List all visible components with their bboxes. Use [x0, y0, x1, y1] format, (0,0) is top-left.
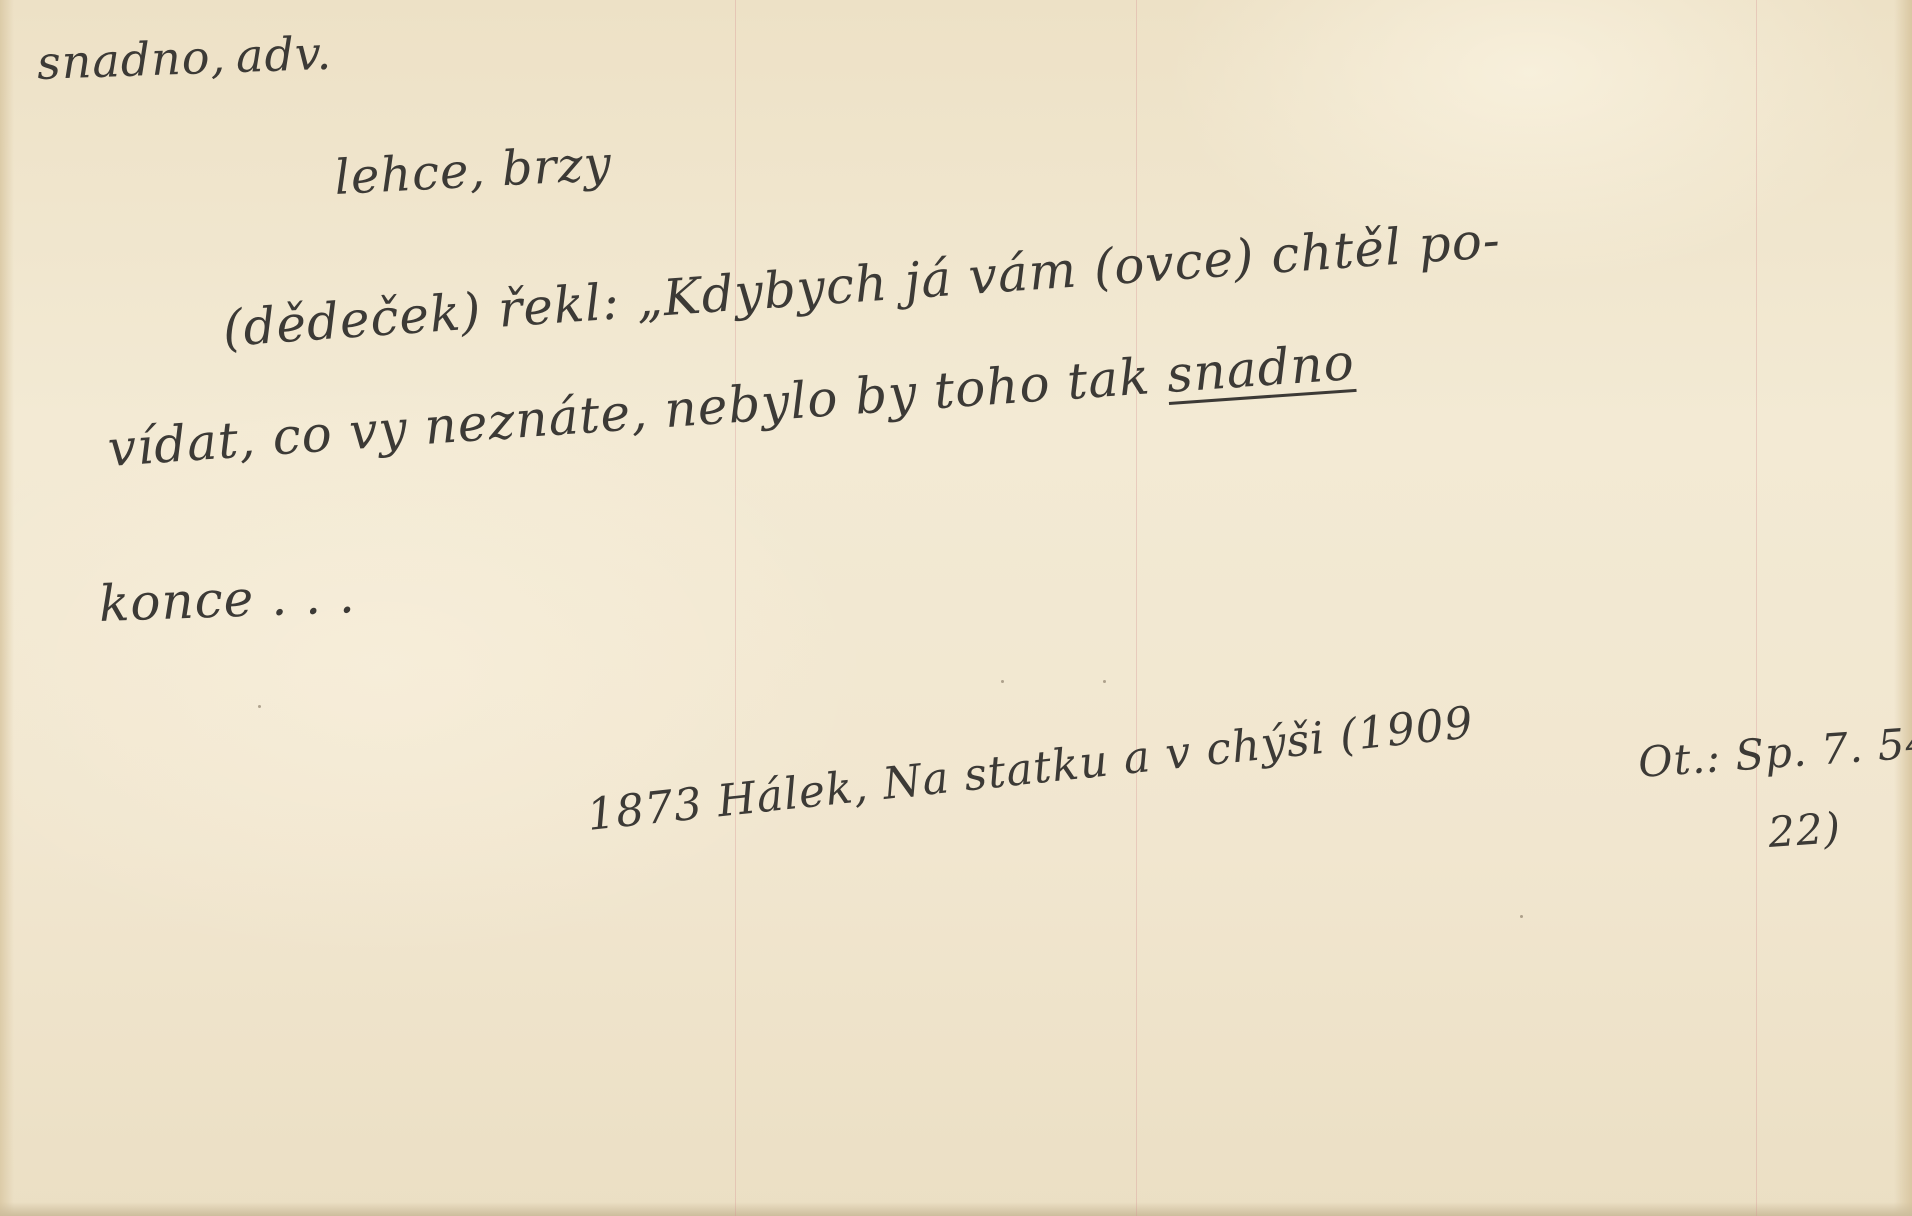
card-bottom-edge [0, 1202, 1912, 1216]
paper-speck [1520, 915, 1523, 918]
headword-line: snadno,adv. [36, 26, 333, 90]
ruling-line [1136, 0, 1137, 1216]
quotation-line-2-text: vídat, co vy neznáte, nebylo by toho tak [106, 346, 1169, 478]
card-left-edge [0, 0, 14, 1216]
quotation-line-2: vídat, co vy neznáte, nebylo by toho tak… [106, 333, 1357, 478]
citation-reference-continued: 22) [1767, 803, 1843, 857]
ruling-line [735, 0, 736, 1216]
paper-speck [1103, 680, 1106, 683]
dictionary-slip: snadno,adv. lehce, brzy (dědeček) řekl: … [0, 0, 1912, 1216]
meaning-gloss: lehce, brzy [333, 136, 613, 206]
paper-speck [1001, 680, 1004, 683]
paper-speck [258, 705, 261, 708]
quotation-line-3: konce . . . [98, 566, 356, 633]
underlined-headword-occurrence: snadno [1165, 333, 1357, 404]
citation-source: 1873 Hálek, Na statku a v chýši (1909 [585, 697, 1476, 841]
card-right-edge [1894, 0, 1912, 1216]
part-of-speech: adv. [235, 26, 333, 83]
ruling-line [1756, 0, 1757, 1216]
headword: snadno, [36, 29, 227, 90]
citation-reference: Ot.: Sp. 7. 54, [1637, 717, 1912, 787]
